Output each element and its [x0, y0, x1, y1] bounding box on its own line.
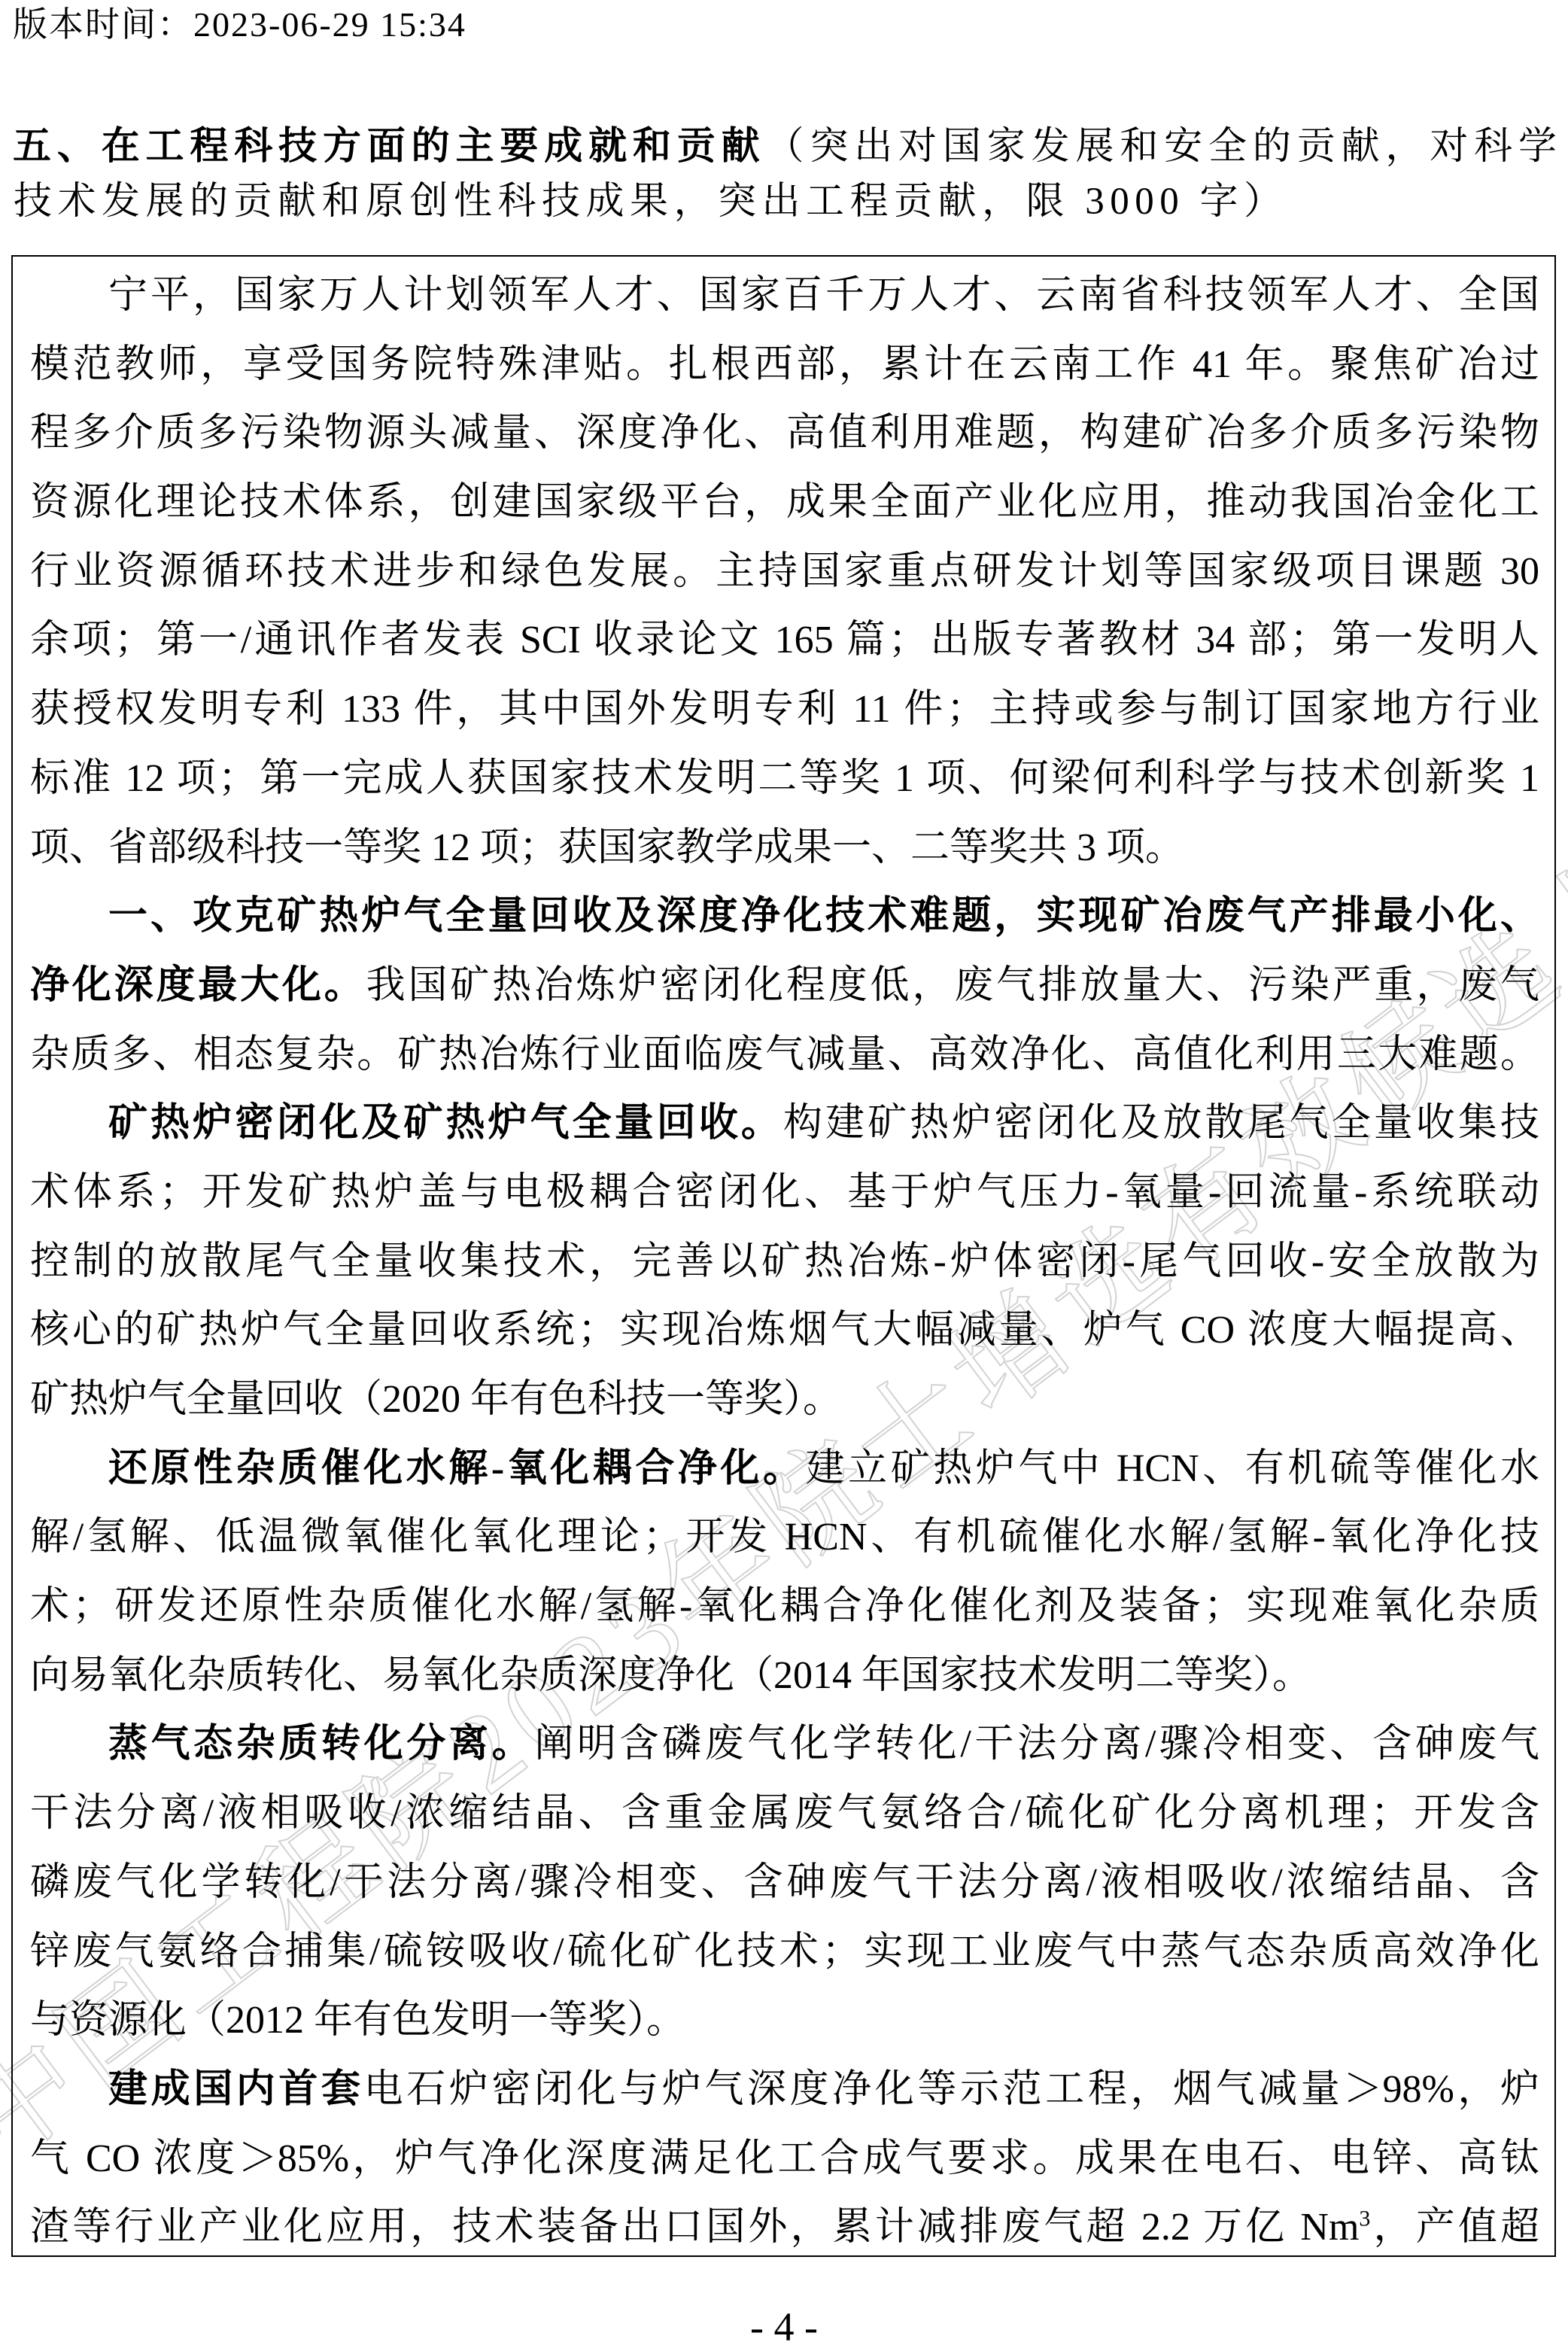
line-text: 与资源化（2012 年有色发明一等奖）。: [30, 1999, 685, 2042]
line-text: 行业资源循环技术进步和绿色发展。主持国家重点研发计划等国家级项目课题 30: [30, 550, 1539, 593]
line-text: 锌废气氨络合捕集/硫铵吸收/硫化矿化技术；实现工业废气中蒸气态杂质高效净化: [30, 1930, 1539, 1973]
subheading-text: 还原性杂质催化水解-氧化耦合净化。: [108, 1447, 806, 1490]
line-text: 标准 12 项；第一完成人获国家技术发明二等奖 1 项、何梁何利科学与技术创新奖…: [30, 757, 1539, 800]
body-line: 模范教师，享受国务院特殊津贴。扎根西部，累计在云南工作 41 年。聚焦矿冶过: [30, 330, 1539, 400]
version-time: 2023-06-29 15:34: [193, 5, 466, 44]
body-line: 术；研发还原性杂质催化水解/氢解-氧化耦合净化催化剂及装备；实现难氧化杂质: [30, 1572, 1539, 1641]
version-timestamp: 版本时间：2023-06-29 15:34: [13, 6, 466, 44]
subheading-text: 矿热炉密闭化及矿热炉气全量回收。: [108, 1102, 783, 1145]
line-text: 建立矿热炉气中 HCN、有机硫等催化水: [806, 1447, 1539, 1490]
line-text: 干法分离/液相吸收/浓缩结晶、含重金属废气氨络合/硫化矿化分离机理；开发含: [30, 1792, 1539, 1835]
page-number: - 4 -: [0, 2304, 1568, 2349]
body-line: 宁平，国家万人计划领军人才、国家百千万人才、云南省科技领军人才、全国: [30, 261, 1539, 330]
section-title-note-continued: 技术发展的贡献和原创性科技成果，突出工程贡献，限 3000 字）: [14, 174, 1288, 230]
body-line: 术体系；开发矿热炉盖与电极耦合密闭化、基于炉气压力-氧量-回流量-系统联动: [30, 1158, 1539, 1227]
line-text: 气 CO 浓度＞85%，炉气净化深度满足化工合成气要求。成果在电石、电锌、高钛: [30, 2137, 1539, 2180]
line-text: 获授权发明专利 133 件，其中国外发明专利 11 件；主持或参与制订国家地方行…: [30, 688, 1539, 731]
body-line: 矿热炉密闭化及矿热炉气全量回收。构建矿热炉密闭化及放散尾气全量收集技: [30, 1089, 1539, 1158]
subheading-text: 建成国内首套: [108, 2068, 364, 2111]
line-text: 构建矿热炉密闭化及放散尾气全量收集技: [783, 1102, 1539, 1145]
line-text: 磷废气化学转化/干法分离/骤冷相变、含砷废气干法分离/液相吸收/浓缩结晶、含: [30, 1861, 1539, 1904]
line-text: 杂质多、相态复杂。矿热冶炼行业面临废气减量、高效净化、高值化利用三大难题。: [30, 1033, 1539, 1076]
body-line: 余项；第一/通讯作者发表 SCI 收录论文 165 篇；出版专著教材 34 部；…: [30, 606, 1539, 675]
subheading-text: 一、攻克矿热炉气全量回收及深度净化技术难题，实现矿冶废气产排最小化、: [108, 895, 1539, 938]
section-title-note: （突出对国家发展和安全的贡献，对科学: [766, 126, 1557, 168]
section-title-bold: 五、在工程科技方面的主要成就和贡献: [13, 126, 766, 168]
body-line: 一、攻克矿热炉气全量回收及深度净化技术难题，实现矿冶废气产排最小化、: [30, 882, 1539, 951]
line-text: 项、省部级科技一等奖 12 项；获国家教学成果一、二等奖共 3 项。: [30, 826, 1184, 869]
body-line: 标准 12 项；第一完成人获国家技术发明二等奖 1 项、何梁何利科学与技术创新奖…: [30, 744, 1539, 814]
body-line: 锌废气氨络合捕集/硫铵吸收/硫化矿化技术；实现工业废气中蒸气态杂质高效净化: [30, 1918, 1539, 1987]
body-line: 项、省部级科技一等奖 12 项；获国家教学成果一、二等奖共 3 项。: [30, 814, 1539, 883]
line-text: 宁平，国家万人计划领军人才、国家百千万人才、云南省科技领军人才、全国: [108, 274, 1539, 317]
body-line: 程多介质多污染物源头减量、深度净化、高值利用难题，构建矿冶多介质多污染物: [30, 399, 1539, 468]
section-title: 五、在工程科技方面的主要成就和贡献（突出对国家发展和安全的贡献，对科学: [13, 119, 1557, 175]
body-line: 资源化理论技术体系，创建国家级平台，成果全面产业化应用，推动我国冶金化工: [30, 468, 1539, 537]
line-text: 阐明含磷废气化学转化/干法分离/骤冷相变、含砷废气: [534, 1723, 1539, 1766]
subheading-text: 蒸气态杂质转化分离。: [108, 1723, 534, 1766]
line-text: 矿热炉气全量回收（2020 年有色科技一等奖）。: [30, 1378, 842, 1421]
body-line: 气 CO 浓度＞85%，炉气净化深度满足化工合成气要求。成果在电石、电锌、高钛: [30, 2124, 1539, 2194]
version-label: 版本时间：: [13, 5, 193, 44]
line-text: 核心的矿热炉气全量回收系统；实现冶炼烟气大幅减量、炉气 CO 浓度大幅提高、: [30, 1309, 1539, 1352]
body-line: 向易氧化杂质转化、易氧化杂质深度净化（2014 年国家技术发明二等奖）。: [30, 1641, 1539, 1711]
body-line: 行业资源循环技术进步和绿色发展。主持国家重点研发计划等国家级项目课题 30: [30, 537, 1539, 607]
line-text: 程多介质多污染物源头减量、深度净化、高值利用难题，构建矿冶多介质多污染物: [30, 412, 1539, 455]
line-text: 我国矿热冶炼炉密闭化程度低，废气排放量大、污染严重，废气: [366, 964, 1539, 1007]
line-text: 向易氧化杂质转化、易氧化杂质深度净化（2014 年国家技术发明二等奖）。: [30, 1654, 1311, 1697]
content-box: 宁平，国家万人计划领军人才、国家百千万人才、云南省科技领军人才、全国 模范教师，…: [11, 255, 1556, 2257]
line-text: 电石炉密闭化与炉气深度净化等示范工程，烟气减量＞98%，炉: [364, 2068, 1539, 2111]
body-line: 杂质多、相态复杂。矿热冶炼行业面临废气减量、高效净化、高值化利用三大难题。: [30, 1020, 1539, 1090]
body-line: 干法分离/液相吸收/浓缩结晶、含重金属废气氨络合/硫化矿化分离机理；开发含: [30, 1779, 1539, 1848]
body-line: 蒸气态杂质转化分离。阐明含磷废气化学转化/干法分离/骤冷相变、含砷废气: [30, 1710, 1539, 1779]
body-line: 控制的放散尾气全量收集技术，完善以矿热冶炼-炉体密闭-尾气回收-安全放散为: [30, 1227, 1539, 1297]
body-line: 与资源化（2012 年有色发明一等奖）。: [30, 1986, 1539, 2055]
line-text: 控制的放散尾气全量收集技术，完善以矿热冶炼-炉体密闭-尾气回收-安全放散为: [30, 1240, 1539, 1283]
superscript: 3: [1359, 2207, 1370, 2231]
body-line: 核心的矿热炉气全量回收系统；实现冶炼烟气大幅减量、炉气 CO 浓度大幅提高、: [30, 1296, 1539, 1365]
body-line: 还原性杂质催化水解-氧化耦合净化。建立矿热炉气中 HCN、有机硫等催化水: [30, 1434, 1539, 1504]
line-text: 解/氢解、低温微氧催化氧化理论；开发 HCN、有机硫催化水解/氢解-氧化净化技: [30, 1516, 1539, 1559]
line-text: 渣等行业产业化应用，技术装备出口国外，累计减排废气超 2.2 万亿 Nm: [30, 2206, 1359, 2249]
body-line: 解/氢解、低温微氧催化氧化理论；开发 HCN、有机硫催化水解/氢解-氧化净化技: [30, 1503, 1539, 1572]
line-text: ，产值超: [1370, 2206, 1539, 2249]
line-text: 术体系；开发矿热炉盖与电极耦合密闭化、基于炉气压力-氧量-回流量-系统联动: [30, 1171, 1539, 1214]
subheading-text: 净化深度最大化。: [30, 964, 366, 1007]
body-line: 净化深度最大化。我国矿热冶炼炉密闭化程度低，废气排放量大、污染严重，废气: [30, 951, 1539, 1020]
body-line: 建成国内首套电石炉密闭化与炉气深度净化等示范工程，烟气减量＞98%，炉: [30, 2055, 1539, 2124]
line-text: 术；研发还原性杂质催化水解/氢解-氧化耦合净化催化剂及装备；实现难氧化杂质: [30, 1585, 1539, 1628]
body-line: 渣等行业产业化应用，技术装备出口国外，累计减排废气超 2.2 万亿 Nm3，产值…: [30, 2193, 1539, 2262]
line-text: 模范教师，享受国务院特殊津贴。扎根西部，累计在云南工作 41 年。聚焦矿冶过: [30, 343, 1539, 386]
line-text: 余项；第一/通讯作者发表 SCI 收录论文 165 篇；出版专著教材 34 部；…: [30, 619, 1539, 662]
line-text: 资源化理论技术体系，创建国家级平台，成果全面产业化应用，推动我国冶金化工: [30, 481, 1539, 524]
body-line: 矿热炉气全量回收（2020 年有色科技一等奖）。: [30, 1365, 1539, 1434]
body-line: 获授权发明专利 133 件，其中国外发明专利 11 件；主持或参与制订国家地方行…: [30, 675, 1539, 744]
body-line: 磷废气化学转化/干法分离/骤冷相变、含砷废气干法分离/液相吸收/浓缩结晶、含: [30, 1848, 1539, 1918]
